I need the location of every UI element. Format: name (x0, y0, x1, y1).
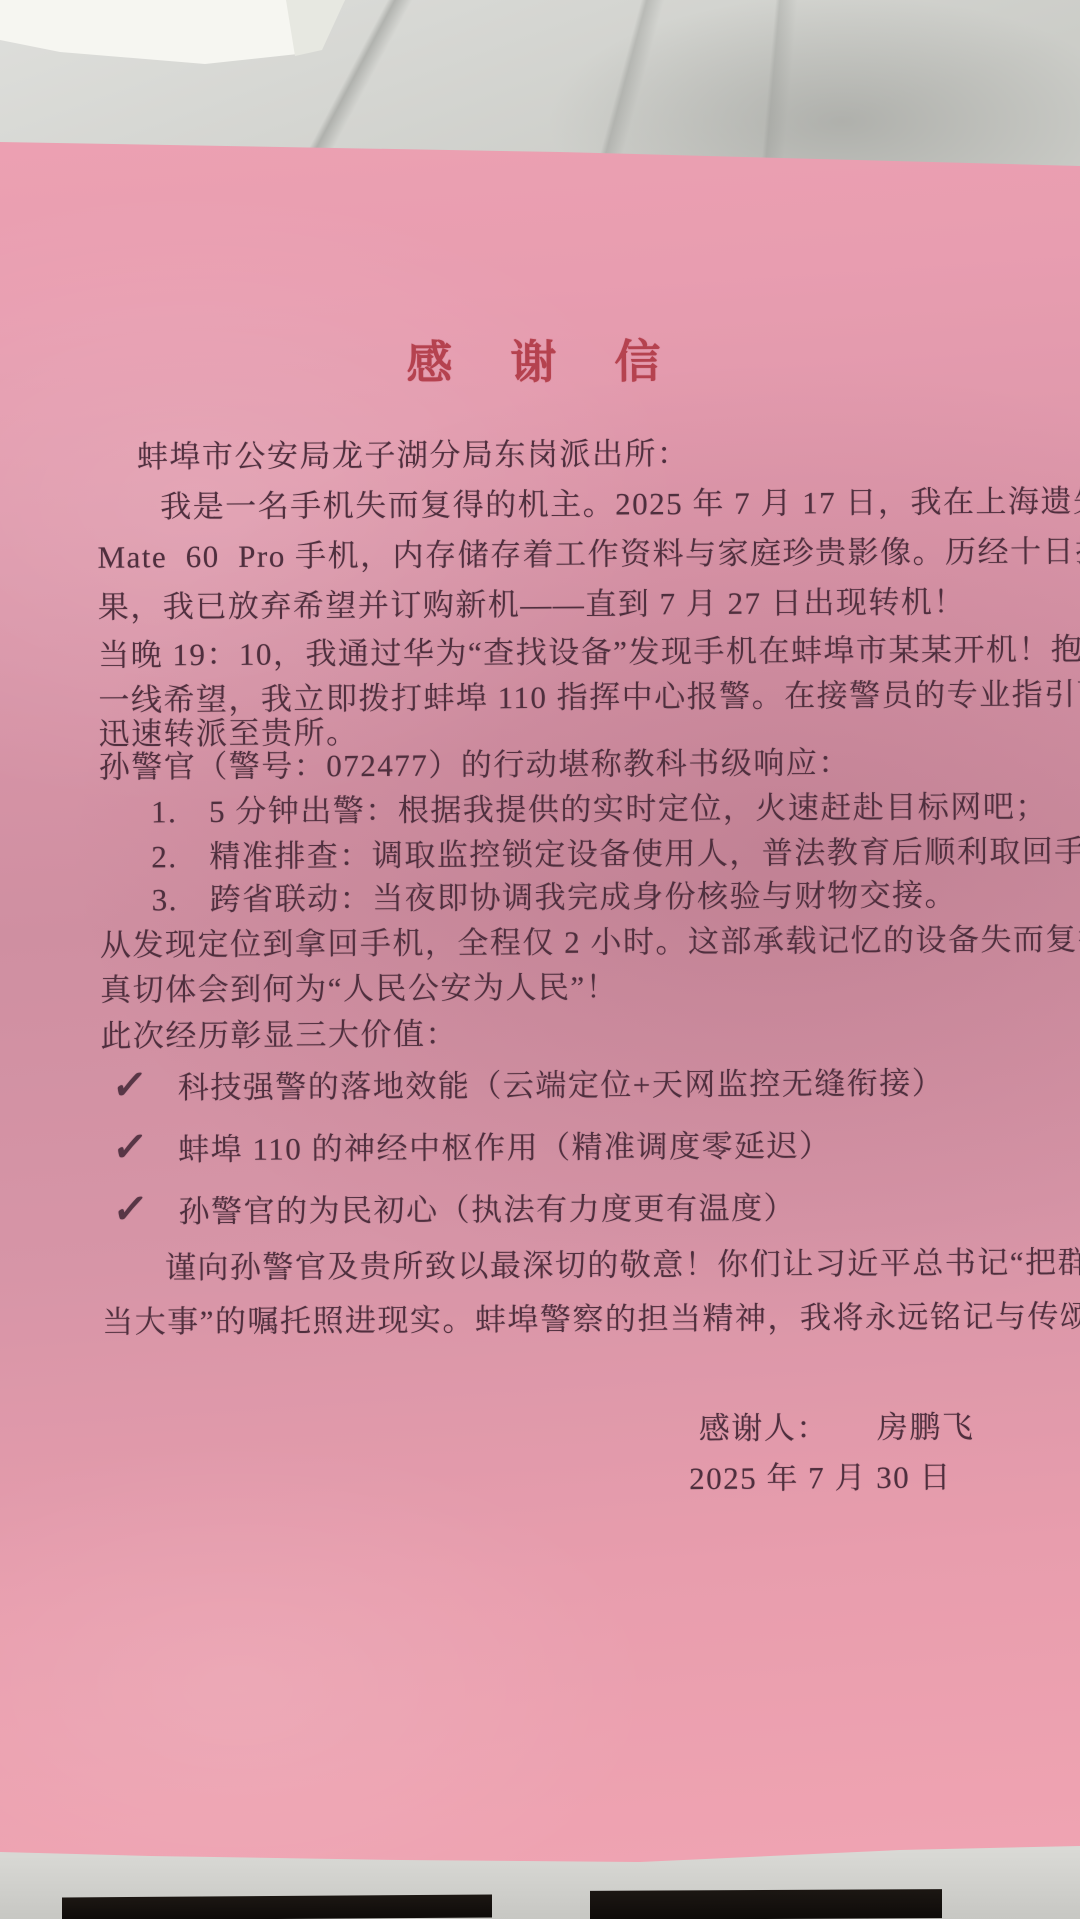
letter-line: Mate 60 Pro 手机，内存储存着工作资料与家庭珍贵影像。历经十日搜寻未 (97, 525, 1080, 577)
letter-line: 真切体会到何为“人民公安为人民”！ (100, 962, 618, 1010)
signature-line: 感谢人：房鹏飞 (699, 1401, 975, 1448)
letter-line: 我是一名手机失而复得的机主。2025 年 7 月 17 日，我在上海遗失华为 (160, 475, 1080, 526)
floor-gap-right (590, 1889, 942, 1919)
item-text: 跨省联动：当夜即协调我完成身份核验与财物交接。 (210, 877, 958, 917)
check-text: 孙警官的为民初心（执法有力度更有温度） (178, 1190, 796, 1229)
item-text: 精准排查：调取监控锁定设备使用人，普法教育后顺利取回手机； (209, 833, 1080, 874)
letter-line: 果，我已放弃希望并订购新机——直到 7 月 27 日出现转机！ (98, 576, 966, 626)
item-number: 1. (151, 794, 209, 830)
letter-line: 当晚 19：10，我通过华为“查找设备”发现手机在蚌埠市某某开机！抱着最后 (98, 623, 1080, 675)
letter-line: 谨向孙警官及贵所致以最深切的敬意！你们让习近平总书记“把群众小事 (165, 1236, 1080, 1287)
check-icon: ✓ (111, 1131, 150, 1162)
letter-recipient: 蚌埠市公安局龙子湖分局东岗派出所： (137, 428, 690, 476)
thank-you-letter-paper: 感 谢 信 蚌埠市公安局龙子湖分局东岗派出所： 我是一名手机失而复得的机主。20… (0, 0, 1080, 1919)
check-item: ✓科技强警的落地效能（云端定位+天网监控无缝衔接） (113, 1058, 945, 1108)
numbered-item: 1.5 分钟出警：根据我提供的实时定位，火速赶赴目标网吧； (151, 781, 1048, 831)
floor-gap-left (62, 1894, 492, 1919)
letter-line: 从发现定位到拿回手机，全程仅 2 小时。这部承载记忆的设备失而复得，让我 (100, 913, 1080, 965)
check-icon: ✓ (111, 1069, 150, 1100)
letter-date: 2025 年 7 月 30 日 (689, 1451, 952, 1498)
check-item: ✓孙警官的为民初心（执法有力度更有温度） (113, 1182, 796, 1231)
photo-scene: 感 谢 信 蚌埠市公安局龙子湖分局东岗派出所： 我是一名手机失而复得的机主。20… (0, 0, 1080, 1919)
check-text: 蚌埠 110 的神经中枢作用（精准调度零延迟） (178, 1128, 832, 1167)
letter-content: 感 谢 信 蚌埠市公安局龙子湖分局东岗派出所： 我是一名手机失而复得的机主。20… (0, 0, 1080, 1919)
letter-line: 孙警官（警号：072477）的行动堪称教科书级响应： (99, 737, 851, 787)
letter-title: 感 谢 信 (0, 323, 1077, 396)
item-number: 3. (152, 882, 210, 918)
item-text: 5 分钟出警：根据我提供的实时定位，火速赶赴目标网吧； (209, 789, 1048, 829)
letter-line: 当大事”的嘱托照进现实。蚌埠警察的担当精神，我将永远铭记与传颂！ (102, 1290, 1080, 1341)
check-text: 科技强警的落地效能（云端定位+天网监控无缝衔接） (178, 1066, 945, 1106)
check-icon: ✓ (111, 1193, 150, 1224)
signature-label: 感谢人： (699, 1410, 829, 1446)
letter-line: 此次经历彰显三大价值： (100, 1009, 458, 1056)
item-number: 2. (151, 839, 209, 875)
signature-name: 房鹏飞 (877, 1409, 975, 1445)
check-item: ✓蚌埠 110 的神经中枢作用（精准调度零延迟） (113, 1120, 832, 1169)
numbered-item: 3.跨省联动：当夜即协调我完成身份核验与财物交接。 (151, 869, 957, 919)
